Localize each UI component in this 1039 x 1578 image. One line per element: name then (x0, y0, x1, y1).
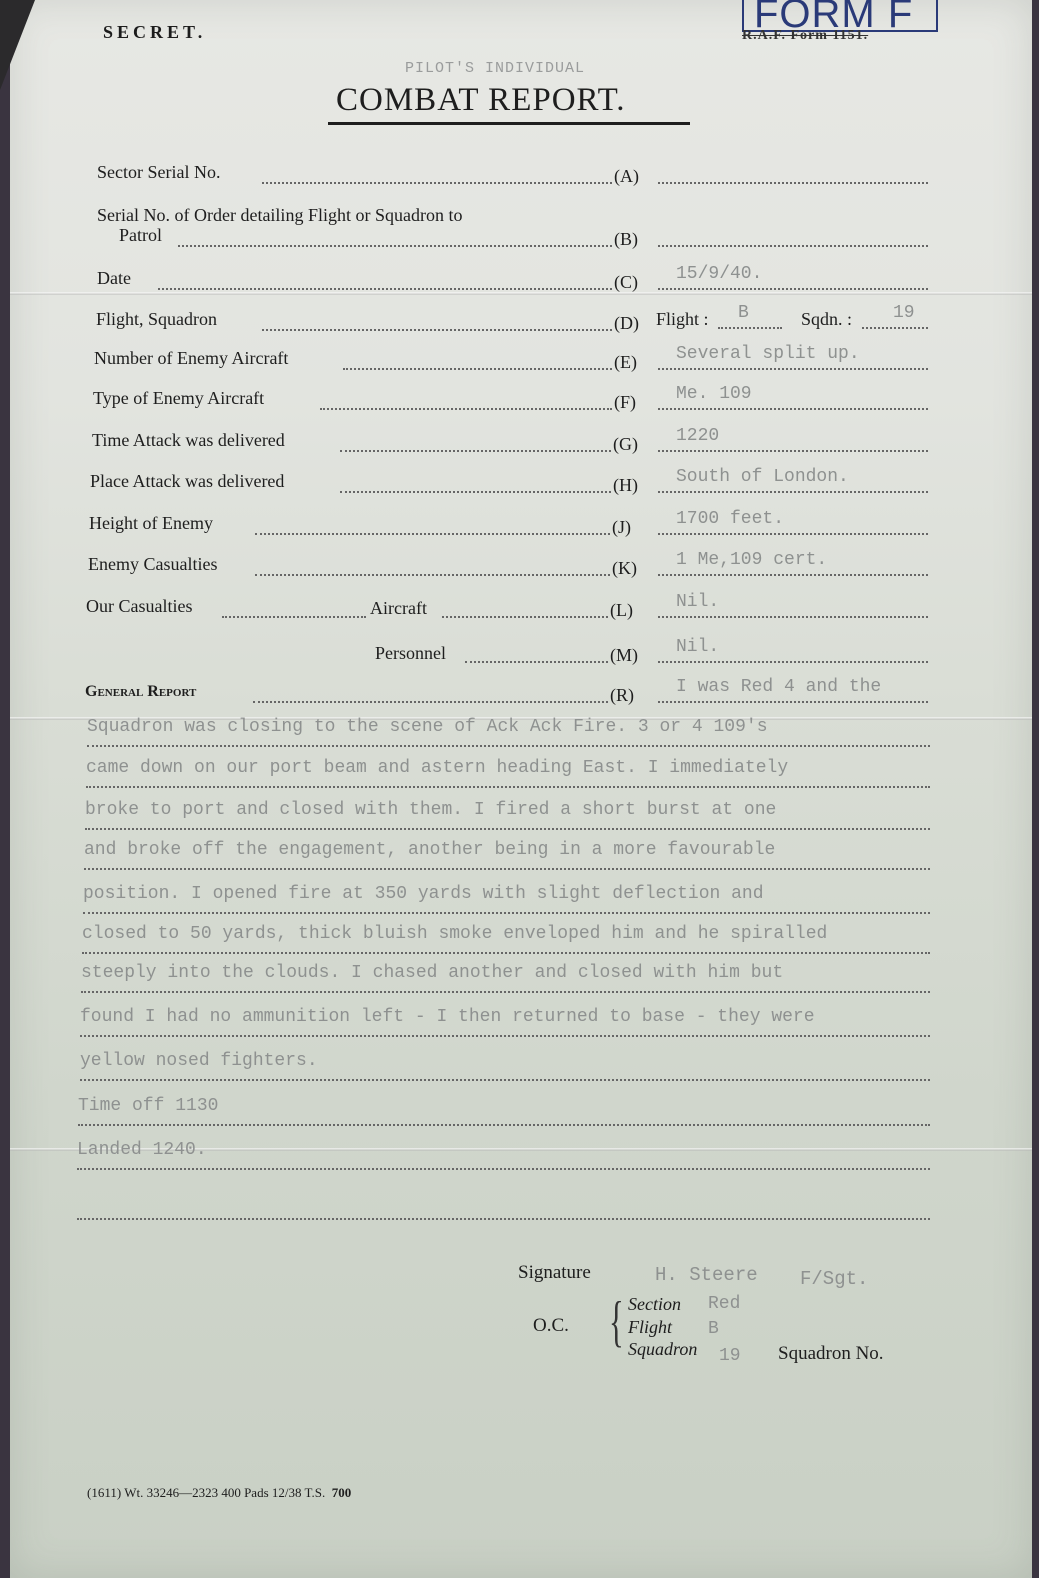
signature-label: Signature (518, 1262, 591, 1284)
dotted-line (82, 952, 930, 954)
sqdn-label: Sqdn. : (801, 309, 852, 330)
field-label-continued: Patrol (119, 225, 162, 246)
dotted-line (77, 1218, 930, 1220)
field-label: Date (97, 268, 131, 289)
report-line[interactable]: position. I opened fire at 350 yards wit… (83, 884, 764, 904)
dotted-leader (343, 368, 612, 370)
dotted-leader (320, 408, 612, 410)
field-value[interactable]: Several split up. (676, 344, 860, 364)
dotted-leader (862, 327, 928, 329)
section-label: Section (628, 1294, 681, 1315)
background-corner (0, 0, 35, 90)
field-value[interactable]: 1 Me,109 cert. (676, 550, 827, 570)
dotted-leader (658, 408, 928, 410)
dotted-line (78, 1124, 930, 1126)
squadron-label: Squadron (628, 1339, 697, 1360)
field-label: Sector Serial No. (97, 162, 220, 183)
dotted-leader (465, 661, 608, 663)
dotted-leader (658, 182, 928, 184)
field-code: (G) (613, 434, 638, 455)
form-paper (10, 0, 1032, 1578)
field-code: (H) (613, 475, 638, 496)
dotted-line (87, 745, 930, 747)
squadron-value[interactable]: 19 (719, 1346, 741, 1366)
flight-value[interactable]: B (738, 303, 749, 323)
dotted-line (81, 991, 930, 993)
field-value[interactable]: Nil. (676, 637, 719, 657)
squadron-no-label: Squadron No. (778, 1343, 884, 1365)
field-code: (B) (614, 229, 638, 250)
paper-fold (10, 292, 1032, 295)
field-sublabel: Aircraft (370, 598, 427, 619)
dotted-leader (340, 450, 611, 452)
dotted-line (77, 1168, 930, 1170)
field-label: Place Attack was delivered (90, 471, 284, 492)
field-value[interactable]: Nil. (676, 592, 719, 612)
report-line[interactable]: yellow nosed fighters. (80, 1051, 318, 1071)
field-code: (M) (610, 645, 638, 666)
dotted-leader (158, 288, 612, 290)
dotted-line (80, 1079, 930, 1081)
field-label: Time Attack was delivered (92, 430, 285, 451)
form-number: R.A.F. Form 1151. (742, 28, 868, 44)
dotted-leader (658, 288, 928, 290)
dotted-line (80, 1035, 930, 1037)
dotted-leader (658, 574, 928, 576)
field-code: (C) (614, 272, 638, 293)
field-label: Flight, Squadron (96, 309, 217, 330)
flight-label: Flight (628, 1317, 672, 1338)
field-code: (F) (614, 392, 636, 413)
report-line[interactable]: Time off 1130 (78, 1096, 218, 1116)
dotted-leader (255, 574, 610, 576)
report-line[interactable]: steeply into the clouds. I chased anothe… (81, 963, 783, 983)
field-label: Type of Enemy Aircraft (93, 388, 264, 409)
print-number: 700 (332, 1485, 352, 1500)
field-code: (K) (612, 558, 637, 579)
dotted-leader (658, 245, 928, 247)
report-line[interactable]: Squadron was closing to the scene of Ack… (87, 717, 768, 737)
dotted-leader (262, 329, 612, 331)
dotted-leader (658, 368, 928, 370)
report-line[interactable]: found I had no ammunition left - I then … (80, 1007, 815, 1027)
field-code: (L) (610, 600, 633, 621)
oc-label: O.C. (533, 1315, 569, 1337)
dotted-leader (222, 616, 366, 618)
brace-icon: { (609, 1290, 624, 1354)
dotted-line (85, 828, 930, 830)
report-line[interactable]: Landed 1240. (77, 1140, 207, 1160)
field-code: (D) (614, 313, 639, 334)
field-value[interactable]: 1220 (676, 426, 719, 446)
field-value[interactable]: Me. 109 (676, 384, 752, 404)
typed-prefix: PILOT'S INDIVIDUAL (405, 60, 585, 77)
field-value[interactable]: 1700 feet. (676, 509, 784, 529)
print-code: (1611) Wt. 33246—2323 400 Pads 12/38 T.S… (87, 1485, 325, 1500)
signature-value[interactable]: H. Steere (655, 1264, 758, 1286)
dotted-leader (262, 182, 612, 184)
flight-label: Flight : (656, 309, 709, 330)
field-label: Serial No. of Order detailing Flight or … (97, 205, 462, 226)
field-code: (E) (614, 352, 637, 373)
report-line[interactable]: came down on our port beam and astern he… (86, 758, 788, 778)
section-value[interactable]: Red (708, 1294, 740, 1314)
sqdn-value[interactable]: 19 (893, 303, 915, 323)
classification-label: SECRET. (103, 22, 206, 43)
report-line[interactable]: broke to port and closed with them. I fi… (85, 800, 776, 820)
dotted-leader (658, 450, 928, 452)
dotted-leader (658, 533, 928, 535)
field-value[interactable]: I was Red 4 and the (676, 677, 881, 697)
flight-value[interactable]: B (708, 1319, 719, 1339)
field-label: Enemy Casualties (88, 554, 217, 575)
dotted-leader (658, 491, 928, 493)
dotted-leader (658, 701, 928, 703)
dotted-leader (658, 661, 928, 663)
field-code: (R) (610, 685, 634, 706)
field-label: Number of Enemy Aircraft (94, 348, 288, 369)
report-line[interactable]: and broke off the engagement, another be… (84, 840, 775, 860)
report-line[interactable]: closed to 50 yards, thick bluish smoke e… (82, 924, 827, 944)
field-sublabel: Personnel (375, 643, 446, 664)
print-footer: (1611) Wt. 33246—2323 400 Pads 12/38 T.S… (87, 1485, 351, 1501)
dotted-line (86, 786, 930, 788)
signature-rank[interactable]: F/Sgt. (800, 1268, 868, 1290)
dotted-line (84, 868, 930, 870)
field-value[interactable]: South of London. (676, 467, 849, 487)
dotted-leader (253, 701, 608, 703)
page-title: COMBAT REPORT. (336, 82, 626, 119)
dotted-leader (178, 245, 612, 247)
title-underline (328, 122, 690, 125)
dotted-leader (442, 616, 608, 618)
field-label: Height of Enemy (89, 513, 213, 534)
dotted-line (83, 912, 930, 914)
field-value[interactable]: 15/9/40. (676, 264, 762, 284)
dotted-leader (718, 327, 782, 329)
dotted-leader (658, 616, 928, 618)
field-label: Our Casualties (86, 596, 192, 617)
field-code: (J) (612, 517, 631, 538)
field-code: (A) (614, 166, 639, 187)
dotted-leader (255, 533, 610, 535)
dotted-leader (340, 491, 611, 493)
field-label: General Report (85, 683, 196, 701)
